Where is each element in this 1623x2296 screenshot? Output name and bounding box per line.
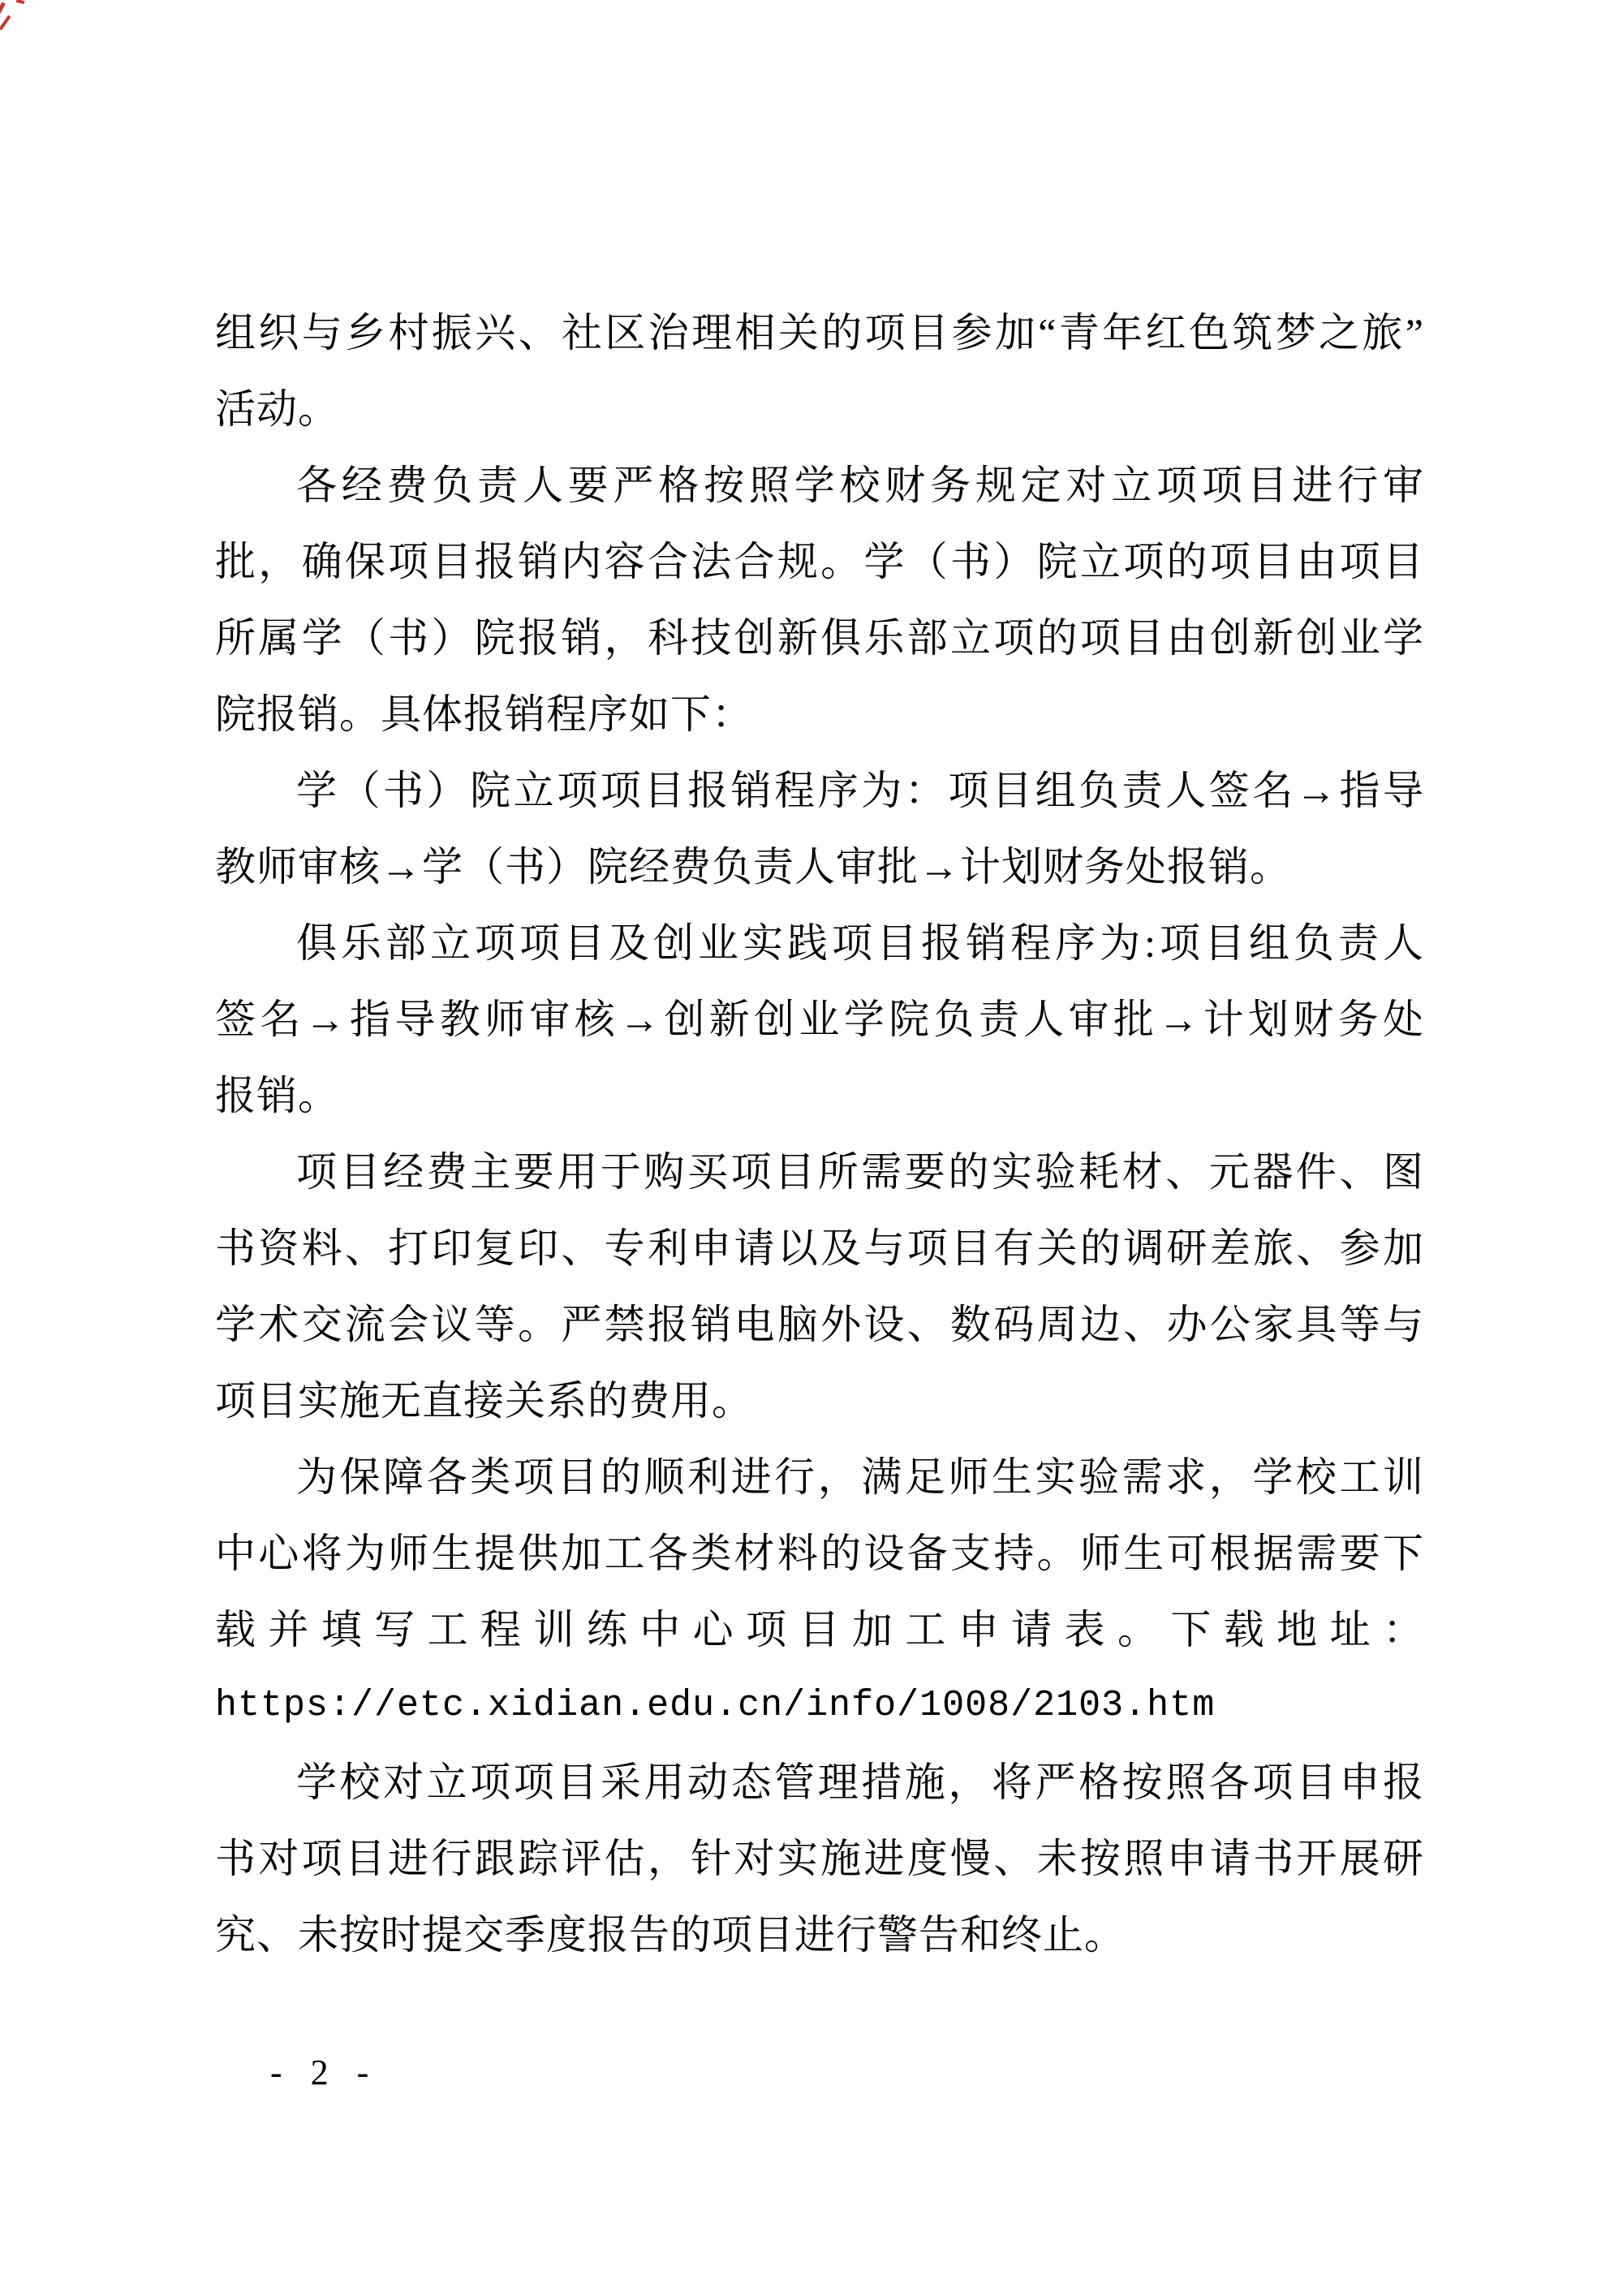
text-line: 学（书）院立项项目报销程序为：项目组负责人签名→指导 [215, 752, 1424, 829]
text-line: 报销。 [215, 1058, 1424, 1134]
text-line: 中心将为师生提供加工各类材料的设备支持。师生可根据需要下 [215, 1515, 1424, 1592]
text-line: 批，确保项目报销内容合法合规。学（书）院立项的项目由项目 [215, 523, 1424, 600]
text-line: 学校对立项项目采用动态管理措施，将严格按照各项目申报 [215, 1744, 1424, 1820]
scan-artifact-stroke [0, 15, 11, 31]
text-line: 为保障各类项目的顺利进行，满足师生实验需求，学校工训 [215, 1439, 1424, 1515]
text-line: 院报销。具体报销程序如下： [215, 676, 1424, 752]
text-line: 签名→指导教师审核→创新创业学院负责人审批→计划财务处 [215, 981, 1424, 1058]
text-line: 各经费负责人要严格按照学校财务规定对立项项目进行审 [215, 447, 1424, 523]
text-line: 书资料、打印复印、专利申请以及与项目有关的调研差旅、参加 [215, 1210, 1424, 1286]
text-line: 书对项目进行跟踪评估，针对实施进度慢、未按照申请书开展研 [215, 1820, 1424, 1897]
text-line: 活动。 [215, 371, 1424, 447]
text-line: 学术交流会议等。严禁报销电脑外设、数码周边、办公家具等与 [215, 1286, 1424, 1363]
scan-artifact-stroke [16, 0, 25, 4]
document-body: 组织与乡村振兴、社区治理相关的项目参加“青年红色筑梦之旅”活动。各经费负责人要严… [215, 295, 1424, 1973]
text-line: 项目实施无直接关系的费用。 [215, 1363, 1424, 1439]
text-line: 俱乐部立项项目及创业实践项目报销程序为:项目组负责人 [215, 905, 1424, 981]
text-line: 所属学（书）院报销，科技创新俱乐部立项的项目由创新创业学 [215, 600, 1424, 676]
text-line: 教师审核→学（书）院经费负责人审批→计划财务处报销。 [215, 829, 1424, 905]
document-page: 组织与乡村振兴、社区治理相关的项目参加“青年红色筑梦之旅”活动。各经费负责人要严… [0, 0, 1623, 2296]
text-line: 究、未按时提交季度报告的项目进行警告和终止。 [215, 1897, 1424, 1973]
url-line: https://etc.xidian.edu.cn/info/1008/2103… [215, 1668, 1424, 1744]
text-line: 载并填写工程训练中心项目加工申请表。下载地址： [215, 1592, 1424, 1668]
text-line: 项目经费主要用于购买项目所需要的实验耗材、元器件、图 [215, 1134, 1424, 1210]
text-line: 组织与乡村振兴、社区治理相关的项目参加“青年红色筑梦之旅” [215, 295, 1424, 371]
page-number: - 2 - [270, 2048, 378, 2097]
scan-artifact [0, 0, 32, 41]
